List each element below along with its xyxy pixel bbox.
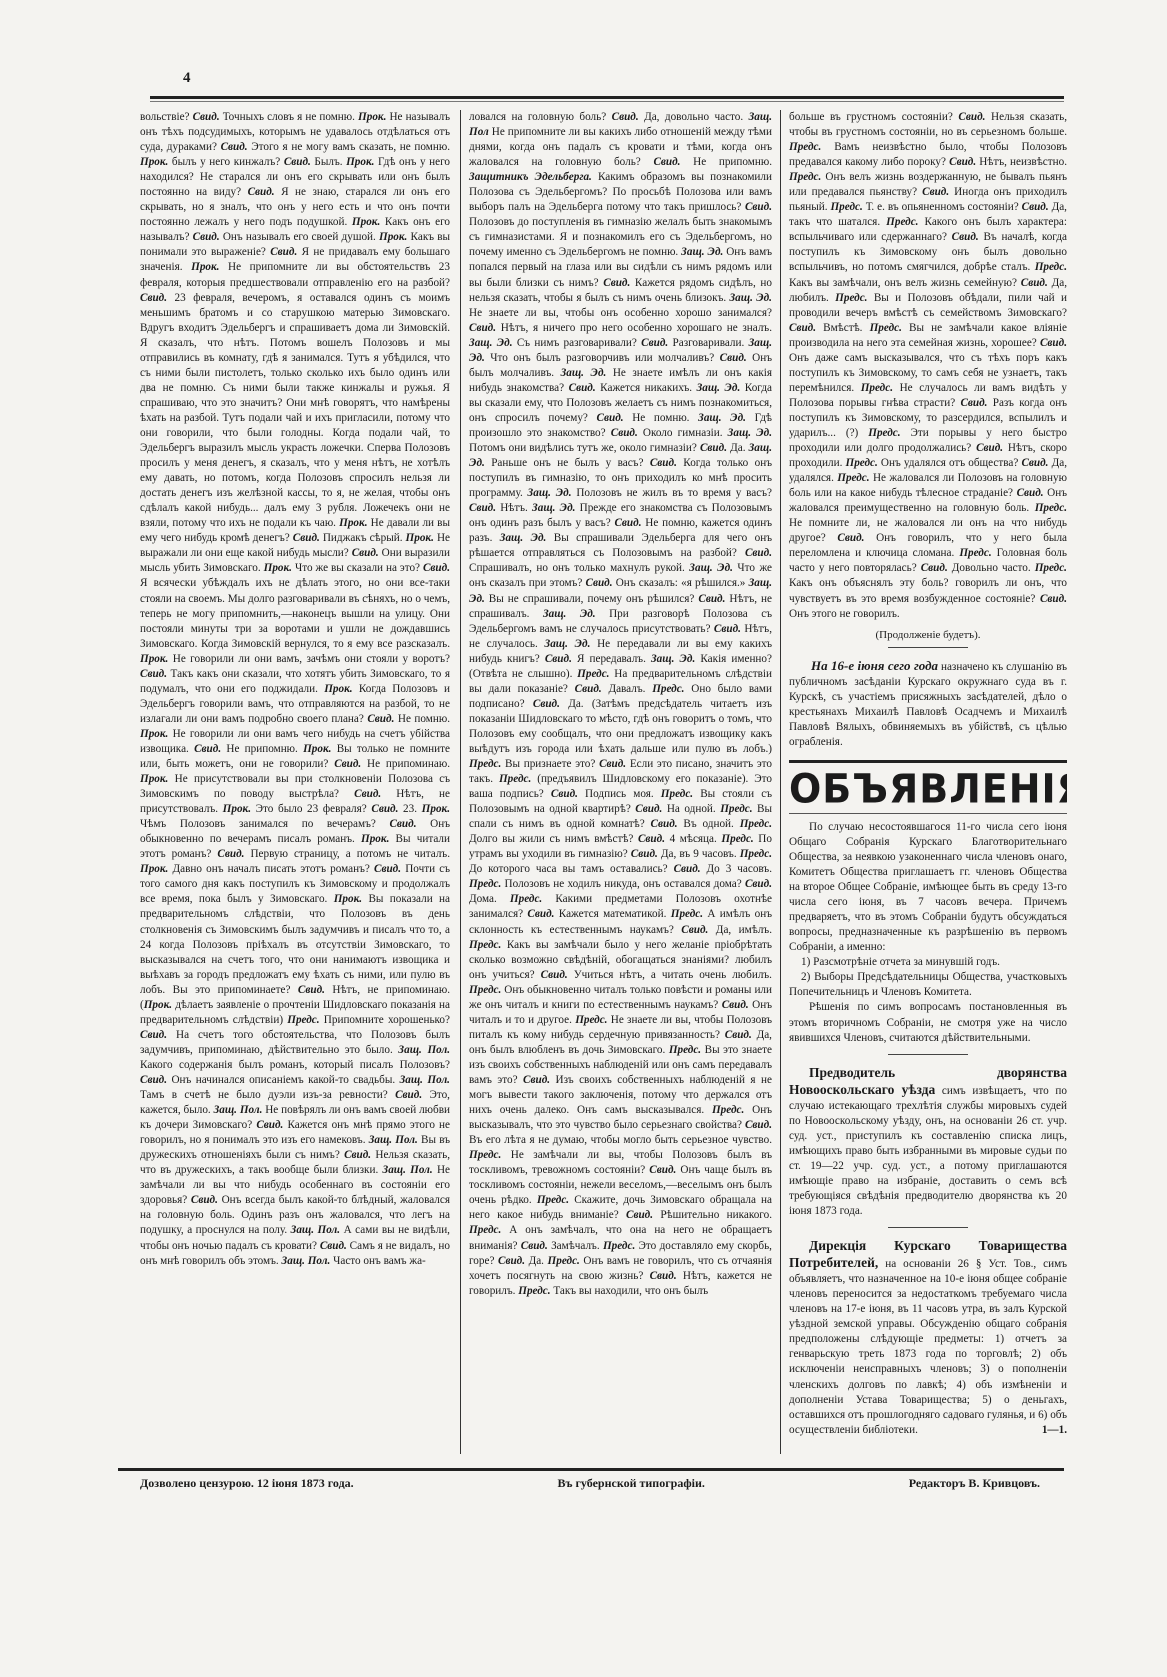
speaker-tag: Защ. Пол. <box>214 1104 263 1116</box>
speaker-tag: Предс. <box>870 322 902 334</box>
speaker-tag: Защитникъ Эдельберга. <box>469 171 592 183</box>
speaker-tag: Свид. <box>193 231 220 243</box>
footer: Дозволено цензурою. 12 іюня 1873 года. В… <box>140 1476 1040 1491</box>
speaker-tag: Защ. Пол. <box>282 1255 331 1267</box>
speaker-tag: Свид. <box>745 878 772 890</box>
speaker-tag: Предс. <box>740 848 772 860</box>
speaker-tag: Защ. Эд. <box>469 337 513 349</box>
testimony-text: вольствіе? Свид. Точныхъ словъ я не помн… <box>140 110 450 1269</box>
speaker-tag: Свид. <box>952 231 979 243</box>
speaker-tag: Свид. <box>976 442 1003 454</box>
speaker-tag: Прок. <box>352 216 380 228</box>
court-notice-lead: На 16-е іюня сего года <box>811 658 938 673</box>
speaker-tag: Предс. <box>740 818 772 830</box>
speaker-tag: Свид. <box>725 1029 752 1041</box>
speaker-tag: Свид. <box>614 517 641 529</box>
speaker-tag: Свид. <box>367 713 394 725</box>
speaker-tag: Свид. <box>140 292 167 304</box>
speaker-tag: Предс. <box>469 939 501 951</box>
speaker-tag: Свид. <box>217 848 244 860</box>
ad-charity-society: По случаю несостоявшагося 11-го числа се… <box>789 820 1067 1046</box>
speaker-tag: Прок. <box>140 728 168 740</box>
speaker-tag: Свид. <box>638 833 665 845</box>
speaker-tag: Защ. Эд. <box>681 246 723 258</box>
speaker-tag: Свид. <box>745 547 772 559</box>
court-notice: На 16-е іюня сего года назначено къ слуш… <box>789 658 1067 750</box>
speaker-tag: Предс. <box>886 216 918 228</box>
speaker-tag: Свид. <box>270 246 297 258</box>
speaker-tag: Защ. Эд. <box>561 367 607 379</box>
speaker-tag: Прок. <box>361 833 389 845</box>
speaker-tag: Свид. <box>533 698 560 710</box>
speaker-tag: Свид. <box>575 683 602 695</box>
speaker-tag: Прок. <box>191 261 219 273</box>
ad-text: симъ извѣщаетъ, что по случаю истекающаг… <box>789 1085 1067 1217</box>
speaker-tag: Предс. <box>469 758 501 770</box>
speaker-tag: Предс. <box>469 878 501 890</box>
ad-nobility-marshal: Предводитель дворянства Новооскольскаго … <box>789 1065 1067 1219</box>
speaker-tag: Свид. <box>521 1240 548 1252</box>
speaker-tag: Предс. <box>537 1194 569 1206</box>
speaker-tag: Предс. <box>575 1014 607 1026</box>
speaker-tag: Свид. <box>344 1149 371 1161</box>
speaker-tag: Защ. Эд. <box>728 427 772 439</box>
page-number: 4 <box>183 70 191 87</box>
divider <box>888 1227 968 1228</box>
speaker-tag: Свид. <box>722 999 749 1011</box>
speaker-tag: Предс. <box>720 803 752 815</box>
speaker-tag: Свид. <box>1021 277 1048 289</box>
speaker-tag: Предс. <box>652 683 684 695</box>
speaker-tag: Защ. Пол. <box>400 1074 450 1086</box>
speaker-tag: Свид. <box>641 337 668 349</box>
speaker-tag: Прок. <box>422 803 450 815</box>
speaker-tag: Предс. <box>846 457 878 469</box>
speaker-tag: Свид. <box>612 111 639 123</box>
section-rule-thin <box>789 813 1067 814</box>
speaker-tag: Свид. <box>423 562 450 574</box>
speaker-tag: Свид. <box>354 788 381 800</box>
speaker-tag: Прок. <box>358 111 386 123</box>
speaker-tag: Предс. <box>1035 502 1067 514</box>
speaker-tag: Защ. Эд. <box>697 382 741 394</box>
speaker-tag: Свид. <box>523 1074 550 1086</box>
speaker-tag: Предс. <box>499 773 531 785</box>
speaker-tag: Свид. <box>569 382 596 394</box>
speaker-tag: Предс. <box>603 1240 635 1252</box>
speaker-tag: Предс. <box>577 668 609 680</box>
speaker-tag: Свид. <box>1017 487 1044 499</box>
speaker-tag: Защ. Эд. <box>500 532 547 544</box>
ad-closing: Рѣшенія по симъ вопросамъ постановленныя… <box>789 1000 1067 1045</box>
speaker-tag: Свид. <box>284 156 311 168</box>
speaker-tag: Свид. <box>371 803 398 815</box>
speaker-tag: Защ. Эд. <box>469 442 772 469</box>
speaker-tag: Свид. <box>1022 201 1049 213</box>
speaker-tag: Свид. <box>293 532 320 544</box>
speaker-tag: Свид. <box>334 758 361 770</box>
continued-note: (Продолженіе будетъ). <box>789 628 1067 643</box>
speaker-tag: Свид. <box>140 668 167 680</box>
section-rule <box>789 760 1067 763</box>
speaker-tag: Предс. <box>510 893 542 905</box>
speaker-tag: Защ. Эд. <box>651 653 695 665</box>
speaker-tag: Свид. <box>651 818 678 830</box>
speaker-tag: Свид. <box>352 547 379 559</box>
speaker-tag: Свид. <box>650 457 677 469</box>
speaker-tag: Свид. <box>395 1089 422 1101</box>
speaker-tag: Свид. <box>789 322 816 334</box>
speaker-tag: Свид. <box>649 1164 676 1176</box>
speaker-tag: Свид. <box>720 352 747 364</box>
speaker-tag: Предс. <box>835 292 867 304</box>
divider <box>888 647 968 648</box>
speaker-tag: Предс. <box>712 1104 744 1116</box>
speaker-tag: Прок. <box>346 156 374 168</box>
ad-text: По случаю несостоявшагося 11-го числа се… <box>789 820 1067 955</box>
speaker-tag: Предс. <box>789 141 821 153</box>
top-rule-thin <box>150 101 1064 102</box>
speaker-tag: Защ. Пол. <box>398 1044 450 1056</box>
speaker-tag: Свид. <box>191 1194 218 1206</box>
speaker-tag: Предс. <box>669 1044 701 1056</box>
speaker-tag: Свид. <box>1040 593 1067 605</box>
speaker-tag: Свид. <box>586 577 613 589</box>
speaker-tag: Прок. <box>303 743 331 755</box>
speaker-tag: Свид. <box>140 1029 167 1041</box>
speaker-tag: Прок. <box>324 683 352 695</box>
speaker-tag: Свид. <box>611 427 638 439</box>
top-rule <box>150 96 1064 99</box>
speaker-tag: Предс. <box>959 547 991 559</box>
speaker-tag: Защ. Пол. <box>369 1134 418 1146</box>
speaker-tag: Свид. <box>745 201 772 213</box>
speaker-tag: Предс. <box>789 171 821 183</box>
speaker-tag: Свид. <box>221 141 248 153</box>
column-1: вольствіе? Свид. Точныхъ словъ я не помн… <box>140 110 461 1454</box>
text-columns: вольствіе? Свид. Точныхъ словъ я не помн… <box>140 110 1067 1454</box>
speaker-tag: Предс. <box>671 908 703 920</box>
speaker-tag: Прок. <box>140 863 168 875</box>
speaker-tag: Свид. <box>631 848 658 860</box>
speaker-tag: Прок. <box>140 773 168 785</box>
speaker-tag: Предс. <box>661 788 693 800</box>
speaker-tag: Предс. <box>868 427 900 439</box>
speaker-tag: Прок. <box>339 517 367 529</box>
speaker-tag: Свид. <box>603 277 630 289</box>
speaker-tag: Защ. Эд. <box>545 638 591 650</box>
speaker-tag: Свид. <box>949 156 976 168</box>
speaker-tag: Прок. <box>140 653 168 665</box>
speaker-tag: Предс. <box>1035 562 1067 574</box>
speaker-tag: Свид. <box>700 442 727 454</box>
speaker-tag: Свид. <box>389 818 416 830</box>
speaker-tag: Защ. Эд. <box>543 608 596 620</box>
speaker-tag: Свид. <box>545 653 572 665</box>
speaker-tag: Свид. <box>320 1240 347 1252</box>
speaker-tag: Предс. <box>548 1255 580 1267</box>
censor-approval: Дозволено цензурою. 12 іюня 1873 года. <box>140 1476 354 1491</box>
speaker-tag: Предс. <box>469 1149 501 1161</box>
speaker-tag: Свид. <box>650 1270 677 1282</box>
speaker-tag: Свид. <box>837 532 864 544</box>
speaker-tag: Предс. <box>469 1224 501 1236</box>
speaker-tag: Прок. <box>379 231 407 243</box>
speaker-tag: Свид. <box>698 593 725 605</box>
testimony-text: больше въ грустномъ состояніи? Свид. Нел… <box>789 110 1067 622</box>
speaker-tag: Прок. <box>140 156 168 168</box>
speaker-tag: Свид. <box>626 1209 653 1221</box>
court-notice-text: назначено къ слушанію въ публичномъ засѣ… <box>789 661 1067 748</box>
editor-line: Редакторъ В. Кривцовъ. <box>909 1476 1040 1491</box>
column-3: больше въ грустномъ состояніи? Свид. Нел… <box>781 110 1067 1454</box>
speaker-tag: Предс. <box>287 1014 319 1026</box>
speaker-tag: Свид. <box>498 1255 525 1267</box>
speaker-tag: Предс. <box>721 833 753 845</box>
speaker-tag: Прок. <box>264 562 292 574</box>
ad-list-item: 2) Выборы Предсѣдательницы Общества, уча… <box>789 970 1067 1000</box>
speaker-tag: Свид. <box>193 111 220 123</box>
printer-line: Въ губернской типографіи. <box>557 1476 704 1491</box>
ad-list-item: 1) Разсмотрѣніе отчета за минувшій годъ. <box>789 955 1067 970</box>
bottom-rule <box>118 1468 1064 1471</box>
speaker-tag: Защ. Эд. <box>689 562 733 574</box>
speaker-tag: Свид. <box>469 502 496 514</box>
ad-consumer-society: Дирекція Курскаго Товарищества Потребите… <box>789 1238 1067 1438</box>
speaker-tag: Свид. <box>653 156 680 168</box>
speaker-tag: Свид. <box>1040 337 1067 349</box>
speaker-tag: Свид. <box>541 969 568 981</box>
speaker-tag: Свид. <box>960 397 987 409</box>
column-2: ловался на головную боль? Свид. Да, дово… <box>461 110 781 1454</box>
speaker-tag: Предс. <box>1035 261 1067 273</box>
speaker-tag: Свид. <box>469 322 496 334</box>
speaker-tag: Свид. <box>374 863 401 875</box>
speaker-tag: Защ. Пол. <box>383 1164 433 1176</box>
speaker-tag: Свид. <box>194 743 221 755</box>
testimony-text: ловался на головную боль? Свид. Да, дово… <box>469 110 772 1299</box>
speaker-tag: Свид. <box>597 412 624 424</box>
ads-section-title: ОБЪЯВЛЕНІЯ. <box>789 766 1067 812</box>
speaker-tag: Прок. <box>223 803 251 815</box>
ad-suffix: 1—1. <box>1022 1423 1067 1438</box>
speaker-tag: Предс. <box>469 984 501 996</box>
speaker-tag: Свид. <box>714 623 741 635</box>
speaker-tag: Защ. Пол. <box>291 1224 340 1236</box>
speaker-tag: Предс. <box>518 1285 550 1297</box>
speaker-tag: Свид. <box>248 186 275 198</box>
divider <box>888 1054 968 1055</box>
speaker-tag: Защ. Эд. <box>532 502 575 514</box>
speaker-tag: Свид. <box>681 924 708 936</box>
speaker-tag: Свид. <box>674 863 701 875</box>
speaker-tag: Предс. <box>861 382 893 394</box>
speaker-tag: Свид. <box>256 1119 283 1131</box>
speaker-tag: Свид. <box>922 186 949 198</box>
speaker-tag: Свид. <box>1021 457 1048 469</box>
speaker-tag: Свид. <box>527 908 554 920</box>
ad-text: на основаніи 26 § Уст. Тов., симъ объявл… <box>789 1258 1067 1436</box>
speaker-tag: Защ. Эд. <box>729 292 772 304</box>
speaker-tag: Прок. <box>144 999 172 1011</box>
speaker-tag: Свид. <box>635 803 662 815</box>
speaker-tag: Свид. <box>298 984 325 996</box>
speaker-tag: Свид. <box>551 788 578 800</box>
speaker-tag: Предс. <box>830 201 862 213</box>
speaker-tag: Защ. Эд. <box>469 577 772 604</box>
speaker-tag: Защ. Эд. <box>528 487 572 499</box>
speaker-tag: Свид. <box>599 758 626 770</box>
speaker-tag: Прок. <box>406 532 434 544</box>
speaker-tag: Прок. <box>334 893 362 905</box>
speaker-tag: Свид. <box>140 1074 167 1086</box>
speaker-tag: Свид. <box>921 562 948 574</box>
speaker-tag: Свид. <box>745 1119 772 1131</box>
speaker-tag: Свид. <box>958 111 985 123</box>
speaker-tag: Предс. <box>837 472 869 484</box>
speaker-tag: Защ. Эд. <box>698 412 746 424</box>
